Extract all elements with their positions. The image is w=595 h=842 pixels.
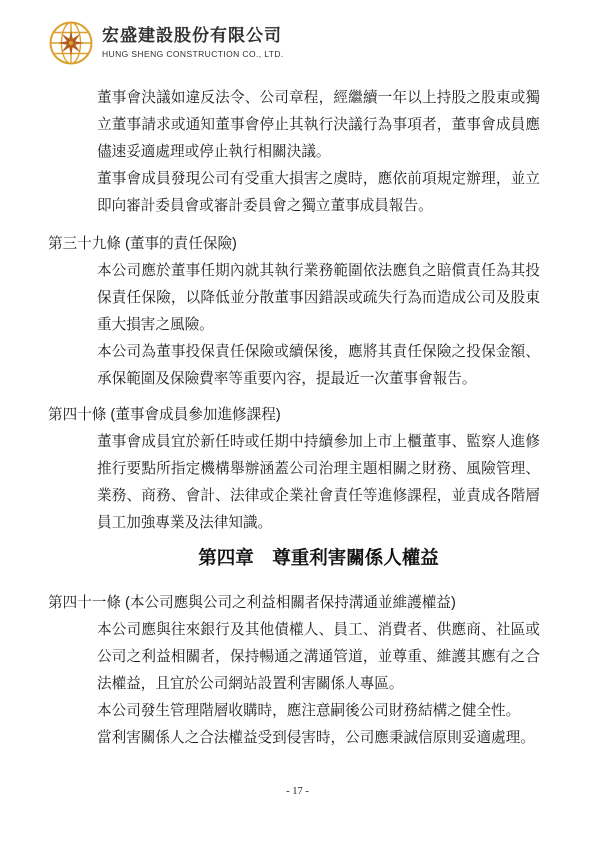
- letterhead: 宏盛建設股份有限公司 HUNG SHENG CONSTRUCTION CO., …: [47, 19, 284, 67]
- article-39-paragraph-2: 本公司為董事投保責任保險或續保後，應將其責任保險之投保金額、承保範圍及保險費率等…: [97, 339, 540, 393]
- document-page: 宏盛建設股份有限公司 HUNG SHENG CONSTRUCTION CO., …: [0, 0, 595, 842]
- page-number: - 17 -: [286, 786, 309, 797]
- company-name-chinese: 宏盛建設股份有限公司: [102, 26, 284, 46]
- article-39-paragraph-1: 本公司應於董事任期內就其執行業務範圍依法應負之賠償責任為其投保責任保險，以降低並…: [97, 258, 540, 339]
- article-41-title: 第四十一條 (本公司應與公司之利益相關者保持溝通並維護權益): [48, 590, 540, 617]
- article-39-title: 第三十九條 (董事的責任保險): [48, 231, 540, 258]
- document-body: 董事會決議如違反法令、公司章程，經繼續一年以上持股之股東或獨立董事請求或通知董事…: [48, 85, 540, 752]
- intro-paragraph-1: 董事會決議如違反法令、公司章程，經繼續一年以上持股之股東或獨立董事請求或通知董事…: [97, 85, 540, 166]
- article-40-title: 第四十條 (董事會成員參加進修課程): [48, 402, 540, 429]
- article-41-paragraph-2: 本公司發生管理階層收購時，應注意嗣後公司財務結構之健全性。: [97, 698, 540, 725]
- page-footer: - 17 -: [0, 785, 595, 799]
- article-40-paragraph-1: 董事會成員宜於新任時或任期中持續參加上市上櫃董事、監察人進修推行要點所指定機構舉…: [97, 429, 540, 537]
- company-logo-icon: [47, 19, 95, 67]
- company-names: 宏盛建設股份有限公司 HUNG SHENG CONSTRUCTION CO., …: [102, 19, 284, 59]
- article-41-paragraph-1: 本公司應與往來銀行及其他債權人、員工、消費者、供應商、社區或公司之利益相關者，保…: [97, 617, 540, 698]
- company-name-english: HUNG SHENG CONSTRUCTION CO., LTD.: [102, 49, 284, 59]
- intro-paragraph-2: 董事會成員發現公司有受重大損害之虞時，應依前項規定辦理，並立即向審計委員會或審計…: [97, 166, 540, 220]
- article-41-paragraph-3: 當利害關係人之合法權益受到侵害時，公司應秉誠信原則妥適處理。: [97, 725, 540, 752]
- chapter-4-heading: 第四章 尊重利害關係人權益: [97, 543, 540, 573]
